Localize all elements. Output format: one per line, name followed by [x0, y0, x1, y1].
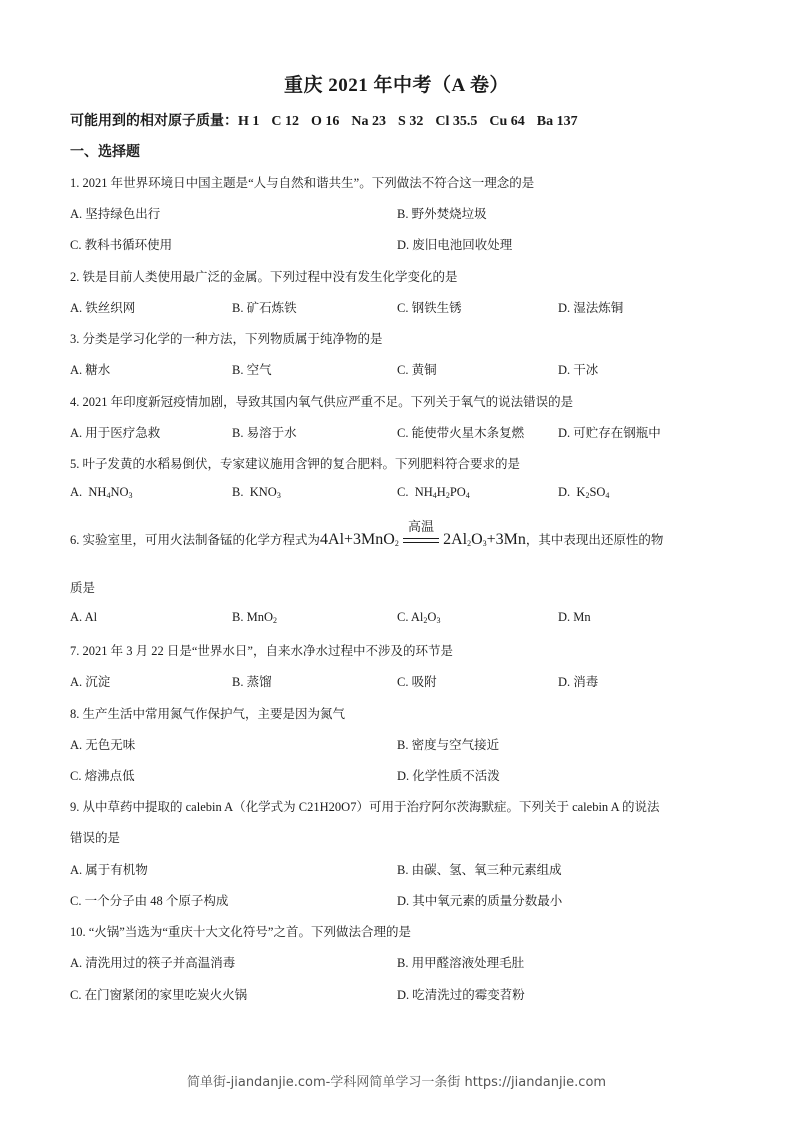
question-8-option-a: A. 无色无味 — [70, 735, 135, 753]
atomic-masses-label: 可能用到的相对原子质量： — [70, 114, 238, 129]
question-9-option-a: A. 属于有机物 — [70, 860, 148, 878]
question-2-option-c: C. 钢铁生锈 — [397, 298, 462, 316]
mass-item: O 16 — [311, 114, 339, 129]
question-7-option-a: A. 沉淀 — [70, 672, 110, 690]
question-9-option-b: B. 由碳、氢、氧三种元素组成 — [397, 860, 562, 878]
question-9-stem: 9. 从中草药中提取的 calebin A（化学式为 C21H20O7）可用于治… — [70, 797, 660, 815]
reaction-arrow: 高温 — [402, 534, 440, 548]
question-1-option-c: C. 教科书循环使用 — [70, 235, 172, 253]
question-6-stem-tail: ，其中表现出还原性的物 — [526, 533, 664, 547]
question-6-option-a: A. Al — [70, 610, 97, 625]
question-10-option-b: B. 用甲醛溶液处理毛肚 — [397, 953, 524, 971]
question-6-option-c: C. Al2O3 — [397, 610, 440, 625]
question-3-stem: 3. 分类是学习化学的一种方法，下列物质属于纯净物的是 — [70, 329, 383, 347]
mass-item: Na 23 — [351, 114, 386, 129]
question-6-option-d: D. Mn — [558, 610, 591, 625]
question-2-stem: 2. 铁是目前人类使用最广泛的金属。下列过程中没有发生化学变化的是 — [70, 267, 458, 285]
atomic-masses: 可能用到的相对原子质量：H 1C 12O 16Na 23S 32Cl 35.5C… — [70, 110, 578, 130]
page-title: 重庆 2021 年中考（A 卷） — [0, 70, 793, 97]
question-5-stem: 5. 叶子发黄的水稻易倒伏，专家建议施用含钾的复合肥料。下列肥料符合要求的是 — [70, 454, 520, 472]
question-5-option-d: D. K2SO4 — [558, 485, 609, 500]
equation-reactants: 4Al+3MnO2 — [320, 531, 399, 548]
reaction-condition: 高温 — [402, 516, 440, 535]
equals-sign-icon — [403, 538, 439, 543]
question-4-option-b: B. 易溶于水 — [232, 423, 297, 441]
question-7-stem: 7. 2021 年 3 月 22 日是“世界水日”，自来水净水过程中不涉及的环节… — [70, 641, 453, 659]
question-6-stem-text: 6. 实验室里，可用火法制备锰的化学方程式为 — [70, 533, 320, 547]
section-heading: 一、选择题 — [70, 141, 140, 161]
question-5-option-b: B. KNO3 — [232, 485, 281, 500]
question-3-option-b: B. 空气 — [232, 360, 272, 378]
question-3-option-a: A. 糖水 — [70, 360, 110, 378]
exam-page: 重庆 2021 年中考（A 卷） 可能用到的相对原子质量：H 1C 12O 16… — [0, 0, 793, 1122]
question-10-option-c: C. 在门窗紧闭的家里吃炭火火锅 — [70, 985, 247, 1003]
mass-item: S 32 — [398, 114, 423, 129]
footer-watermark: 简单街-jiandanjie.com-学科网简单学习一条街 https://ji… — [0, 1071, 793, 1090]
question-7-option-d: D. 消毒 — [558, 672, 598, 690]
question-6-option-b: B. MnO2 — [232, 610, 277, 625]
question-10-stem: 10. “火锅”当选为“重庆十大文化符号”之首。下列做法合理的是 — [70, 922, 411, 940]
mass-item: C 12 — [271, 114, 299, 129]
question-5-option-c: C. NH4H2PO4 — [397, 485, 470, 500]
question-8-option-c: C. 熔沸点低 — [70, 766, 135, 784]
question-6-stem: 6. 实验室里，可用火法制备锰的化学方程式为4Al+3MnO2 高温 2Al2O… — [70, 530, 663, 549]
question-1-option-a: A. 坚持绿色出行 — [70, 204, 160, 222]
mass-item: H 1 — [238, 114, 259, 129]
mass-item: Cl 35.5 — [435, 114, 477, 129]
question-3-option-c: C. 黄铜 — [397, 360, 437, 378]
question-9-option-c: C. 一个分子由 48 个原子构成 — [70, 891, 228, 909]
question-4-stem: 4. 2021 年印度新冠疫情加剧，导致其国内氧气供应严重不足。下列关于氧气的说… — [70, 392, 573, 410]
mass-item: Ba 137 — [537, 114, 578, 129]
question-8-option-d: D. 化学性质不活泼 — [397, 766, 500, 784]
question-3-option-d: D. 干冰 — [558, 360, 598, 378]
question-4-option-d: D. 可贮存在钢瓶中 — [558, 423, 661, 441]
question-2-option-a: A. 铁丝织网 — [70, 298, 135, 316]
question-6-stem-cont: 质是 — [70, 578, 95, 596]
equation-products: 2Al2O3+3Mn — [443, 531, 526, 548]
option-letter: A. — [70, 485, 82, 499]
option-letter: D. — [558, 485, 570, 499]
question-1-stem: 1. 2021 年世界环境日中国主题是“人与自然和谐共生”。下列做法不符合这一理… — [70, 173, 534, 191]
question-1-option-d: D. 废旧电池回收处理 — [397, 235, 512, 253]
question-9-option-d: D. 其中氧元素的质量分数最小 — [397, 891, 562, 909]
question-7-option-c: C. 吸附 — [397, 672, 437, 690]
question-2-option-b: B. 矿石炼铁 — [232, 298, 297, 316]
question-8-option-b: B. 密度与空气接近 — [397, 735, 499, 753]
question-9-stem-cont: 错误的是 — [70, 828, 120, 846]
question-2-option-d: D. 湿法炼铜 — [558, 298, 623, 316]
question-5-option-a: A. NH4NO3 — [70, 485, 133, 500]
option-letter: C. — [397, 485, 408, 499]
question-7-option-b: B. 蒸馏 — [232, 672, 272, 690]
mass-item: Cu 64 — [489, 114, 524, 129]
question-10-option-d: D. 吃清洗过的霉变苕粉 — [397, 985, 525, 1003]
question-1-option-b: B. 野外焚烧垃圾 — [397, 204, 487, 222]
question-4-option-a: A. 用于医疗急救 — [70, 423, 160, 441]
question-10-option-a: A. 清洗用过的筷子并高温消毒 — [70, 953, 235, 971]
option-letter: B. — [232, 485, 243, 499]
question-8-stem: 8. 生产生活中常用氮气作保护气，主要是因为氮气 — [70, 704, 345, 722]
question-4-option-c: C. 能使带火星木条复燃 — [397, 423, 524, 441]
